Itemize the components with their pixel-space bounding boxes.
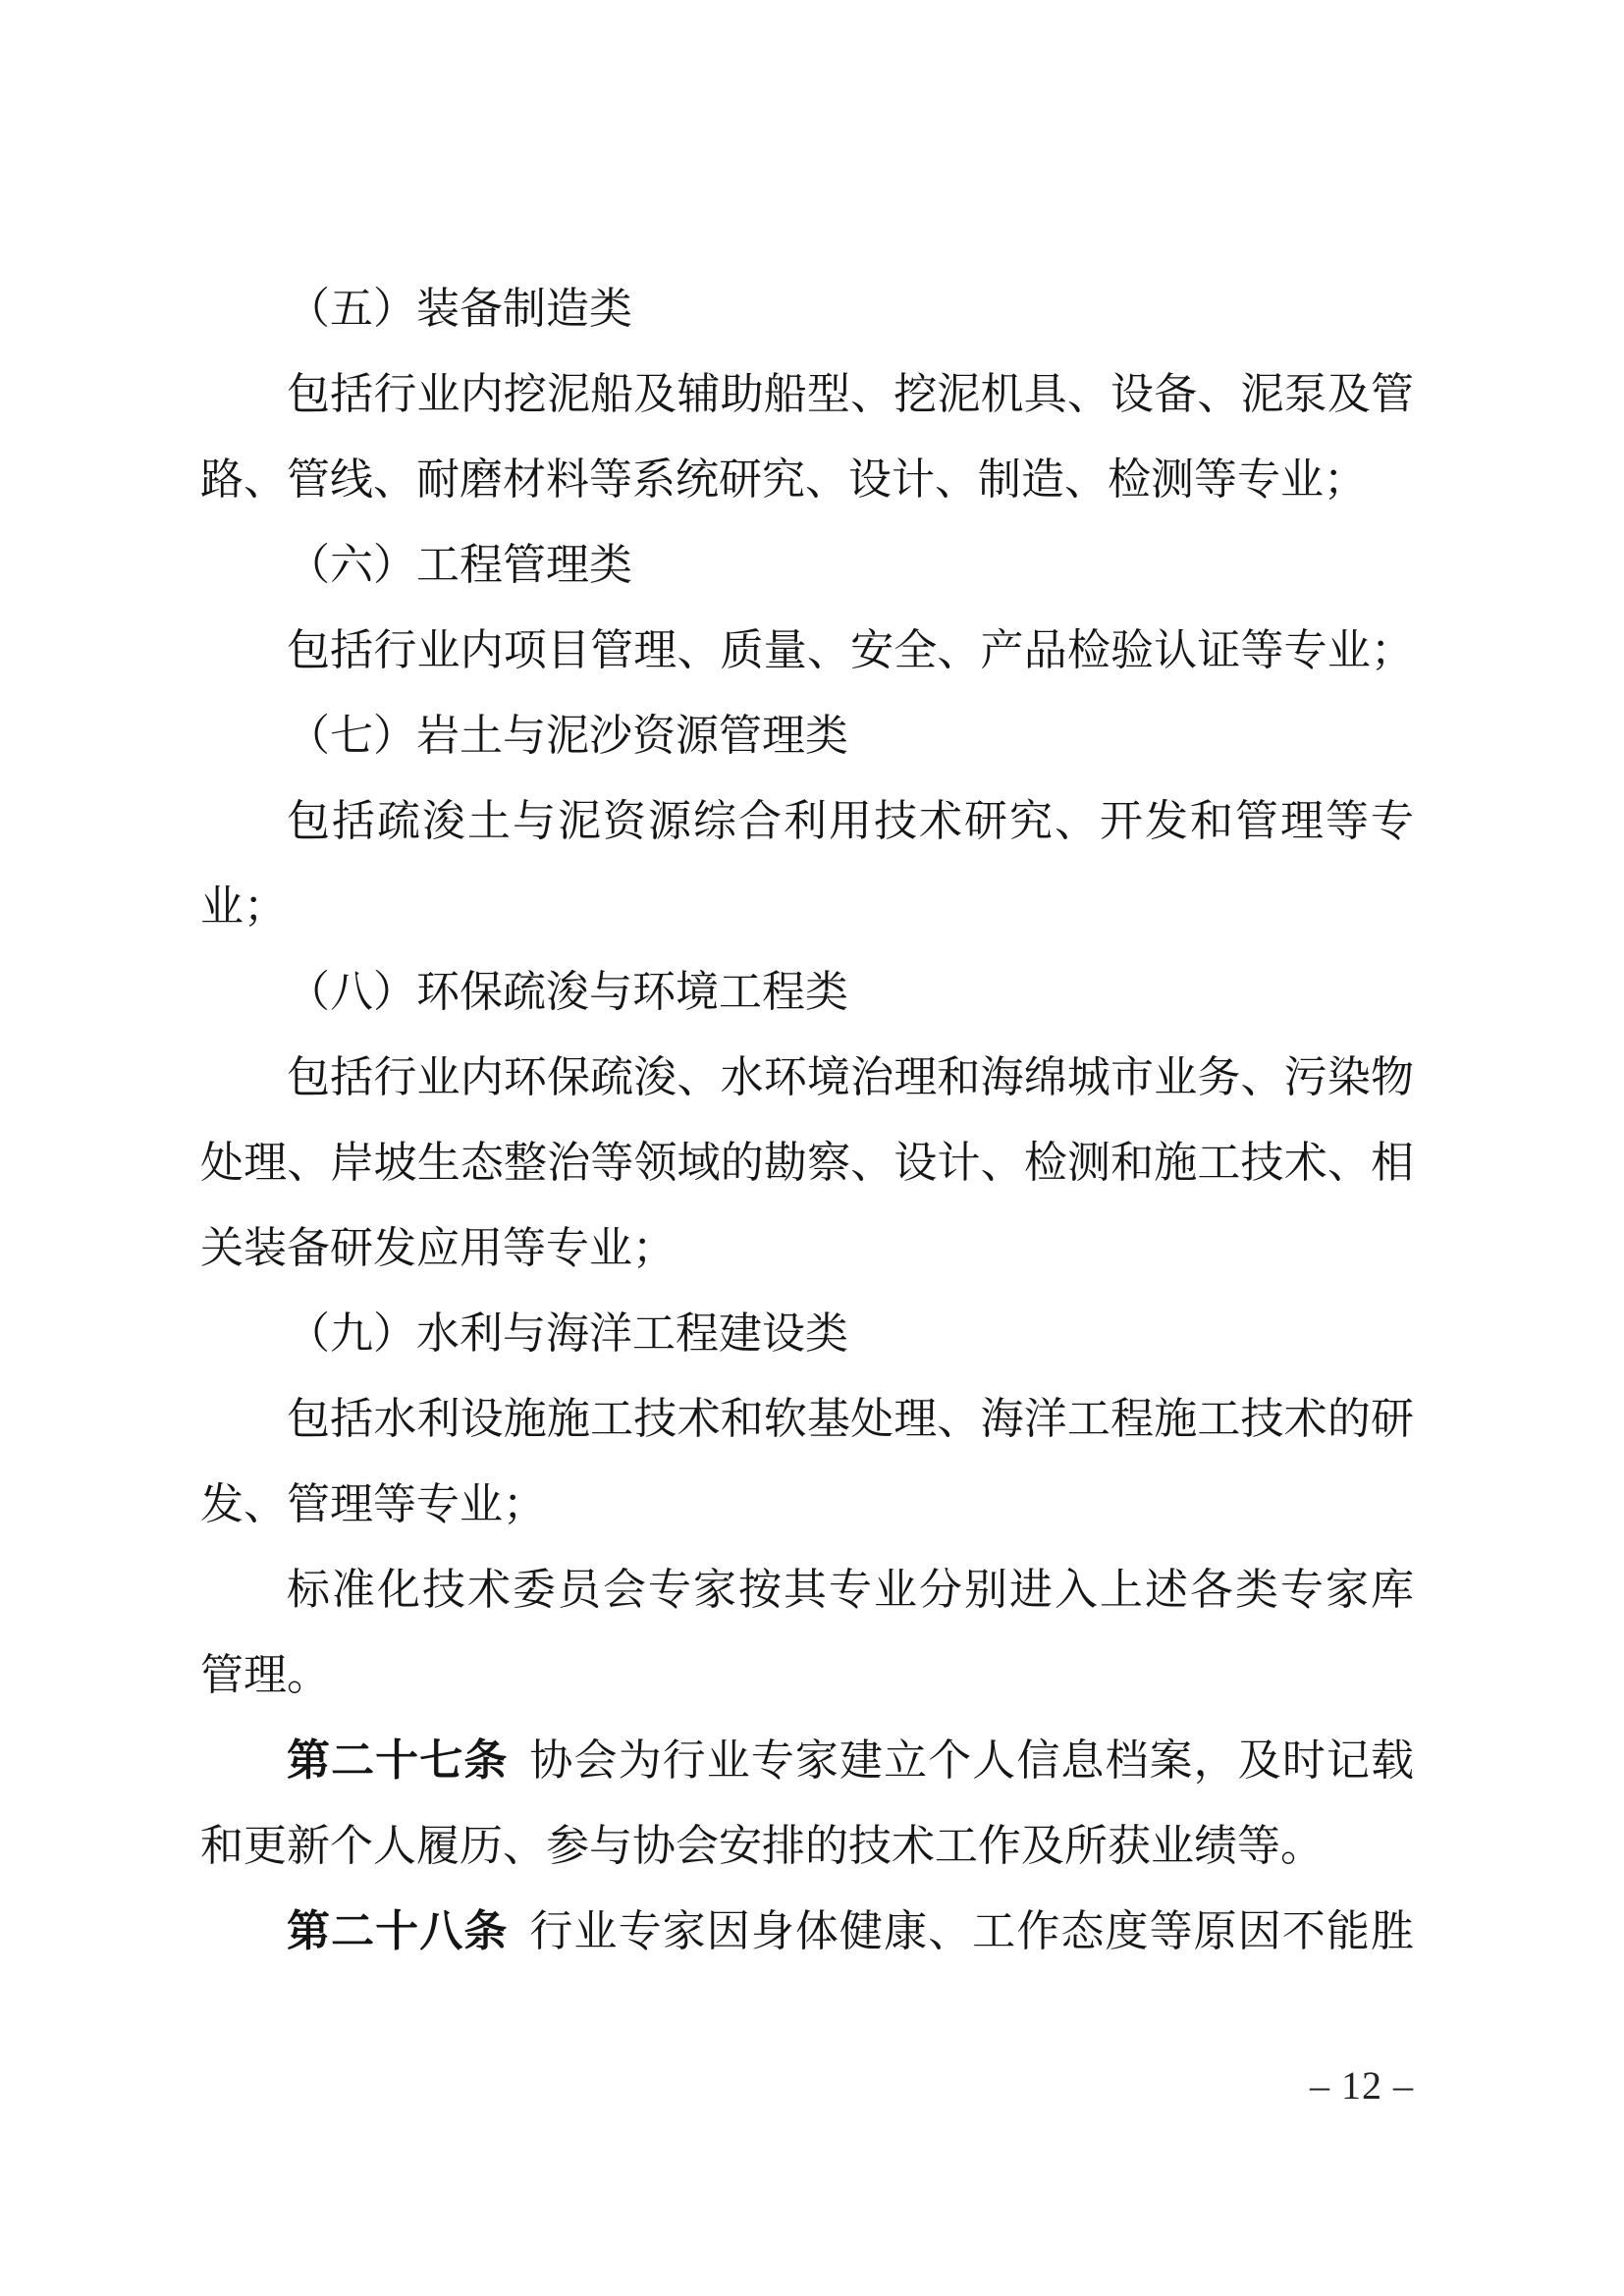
paragraph-line: 和更新个人履历、参与协会安排的技术工作及所获业绩等。 xyxy=(200,1803,1414,1889)
section-heading-line: （七）岩土与泥沙资源管理类 xyxy=(200,693,1414,778)
document-page: （五）装备制造类 包括行业内挖泥船及辅助船型、挖泥机具、设备、泥泵及管 路、管线… xyxy=(200,0,1414,2106)
paragraph-line: 路、管线、耐磨材料等系统研究、设计、制造、检测等专业； xyxy=(200,437,1414,522)
page-number: – 12 – xyxy=(200,2066,1414,2106)
paragraph-line: 发、管理等专业； xyxy=(200,1462,1414,1547)
article-number: 第二十七条 xyxy=(287,1736,508,1785)
paragraph-line: 管理。 xyxy=(200,1632,1414,1718)
paragraph-line: 业； xyxy=(200,864,1414,949)
paragraph-line: 标准化技术委员会专家按其专业分别进入上述各类专家库 xyxy=(200,1547,1414,1632)
section-heading-line: （九）水利与海洋工程建设类 xyxy=(200,1291,1414,1376)
paragraph-line: 处理、岸坡生态整治等领域的勘察、设计、检测和施工技术、相 xyxy=(200,1120,1414,1205)
article-text: 行业专家因身体健康、工作态度等原因不能胜 xyxy=(529,1907,1414,1955)
paragraph-line: 包括行业内项目管理、质量、安全、产品检验认证等专业； xyxy=(200,608,1414,693)
article-line: 第二十七条协会为行业专家建立个人信息档案，及时记载 xyxy=(200,1718,1414,1803)
section-heading-line: （八）环保疏浚与环境工程类 xyxy=(200,949,1414,1035)
paragraph-line: 包括疏浚土与泥资源综合利用技术研究、开发和管理等专 xyxy=(200,778,1414,864)
article-text: 协会为行业专家建立个人信息档案，及时记载 xyxy=(529,1736,1414,1785)
section-heading-line: （六）工程管理类 xyxy=(200,522,1414,608)
paragraph-line: 关装备研发应用等专业； xyxy=(200,1205,1414,1291)
paragraph-line: 包括行业内环保疏浚、水环境治理和海绵城市业务、污染物 xyxy=(200,1035,1414,1120)
article-line: 第二十八条行业专家因身体健康、工作态度等原因不能胜 xyxy=(200,1889,1414,1974)
paragraph-line: 包括水利设施施工技术和软基处理、海洋工程施工技术的研 xyxy=(200,1376,1414,1462)
article-number: 第二十八条 xyxy=(287,1907,508,1955)
paragraph-line: 包括行业内挖泥船及辅助船型、挖泥机具、设备、泥泵及管 xyxy=(200,351,1414,437)
section-heading-line: （五）装备制造类 xyxy=(200,266,1414,351)
